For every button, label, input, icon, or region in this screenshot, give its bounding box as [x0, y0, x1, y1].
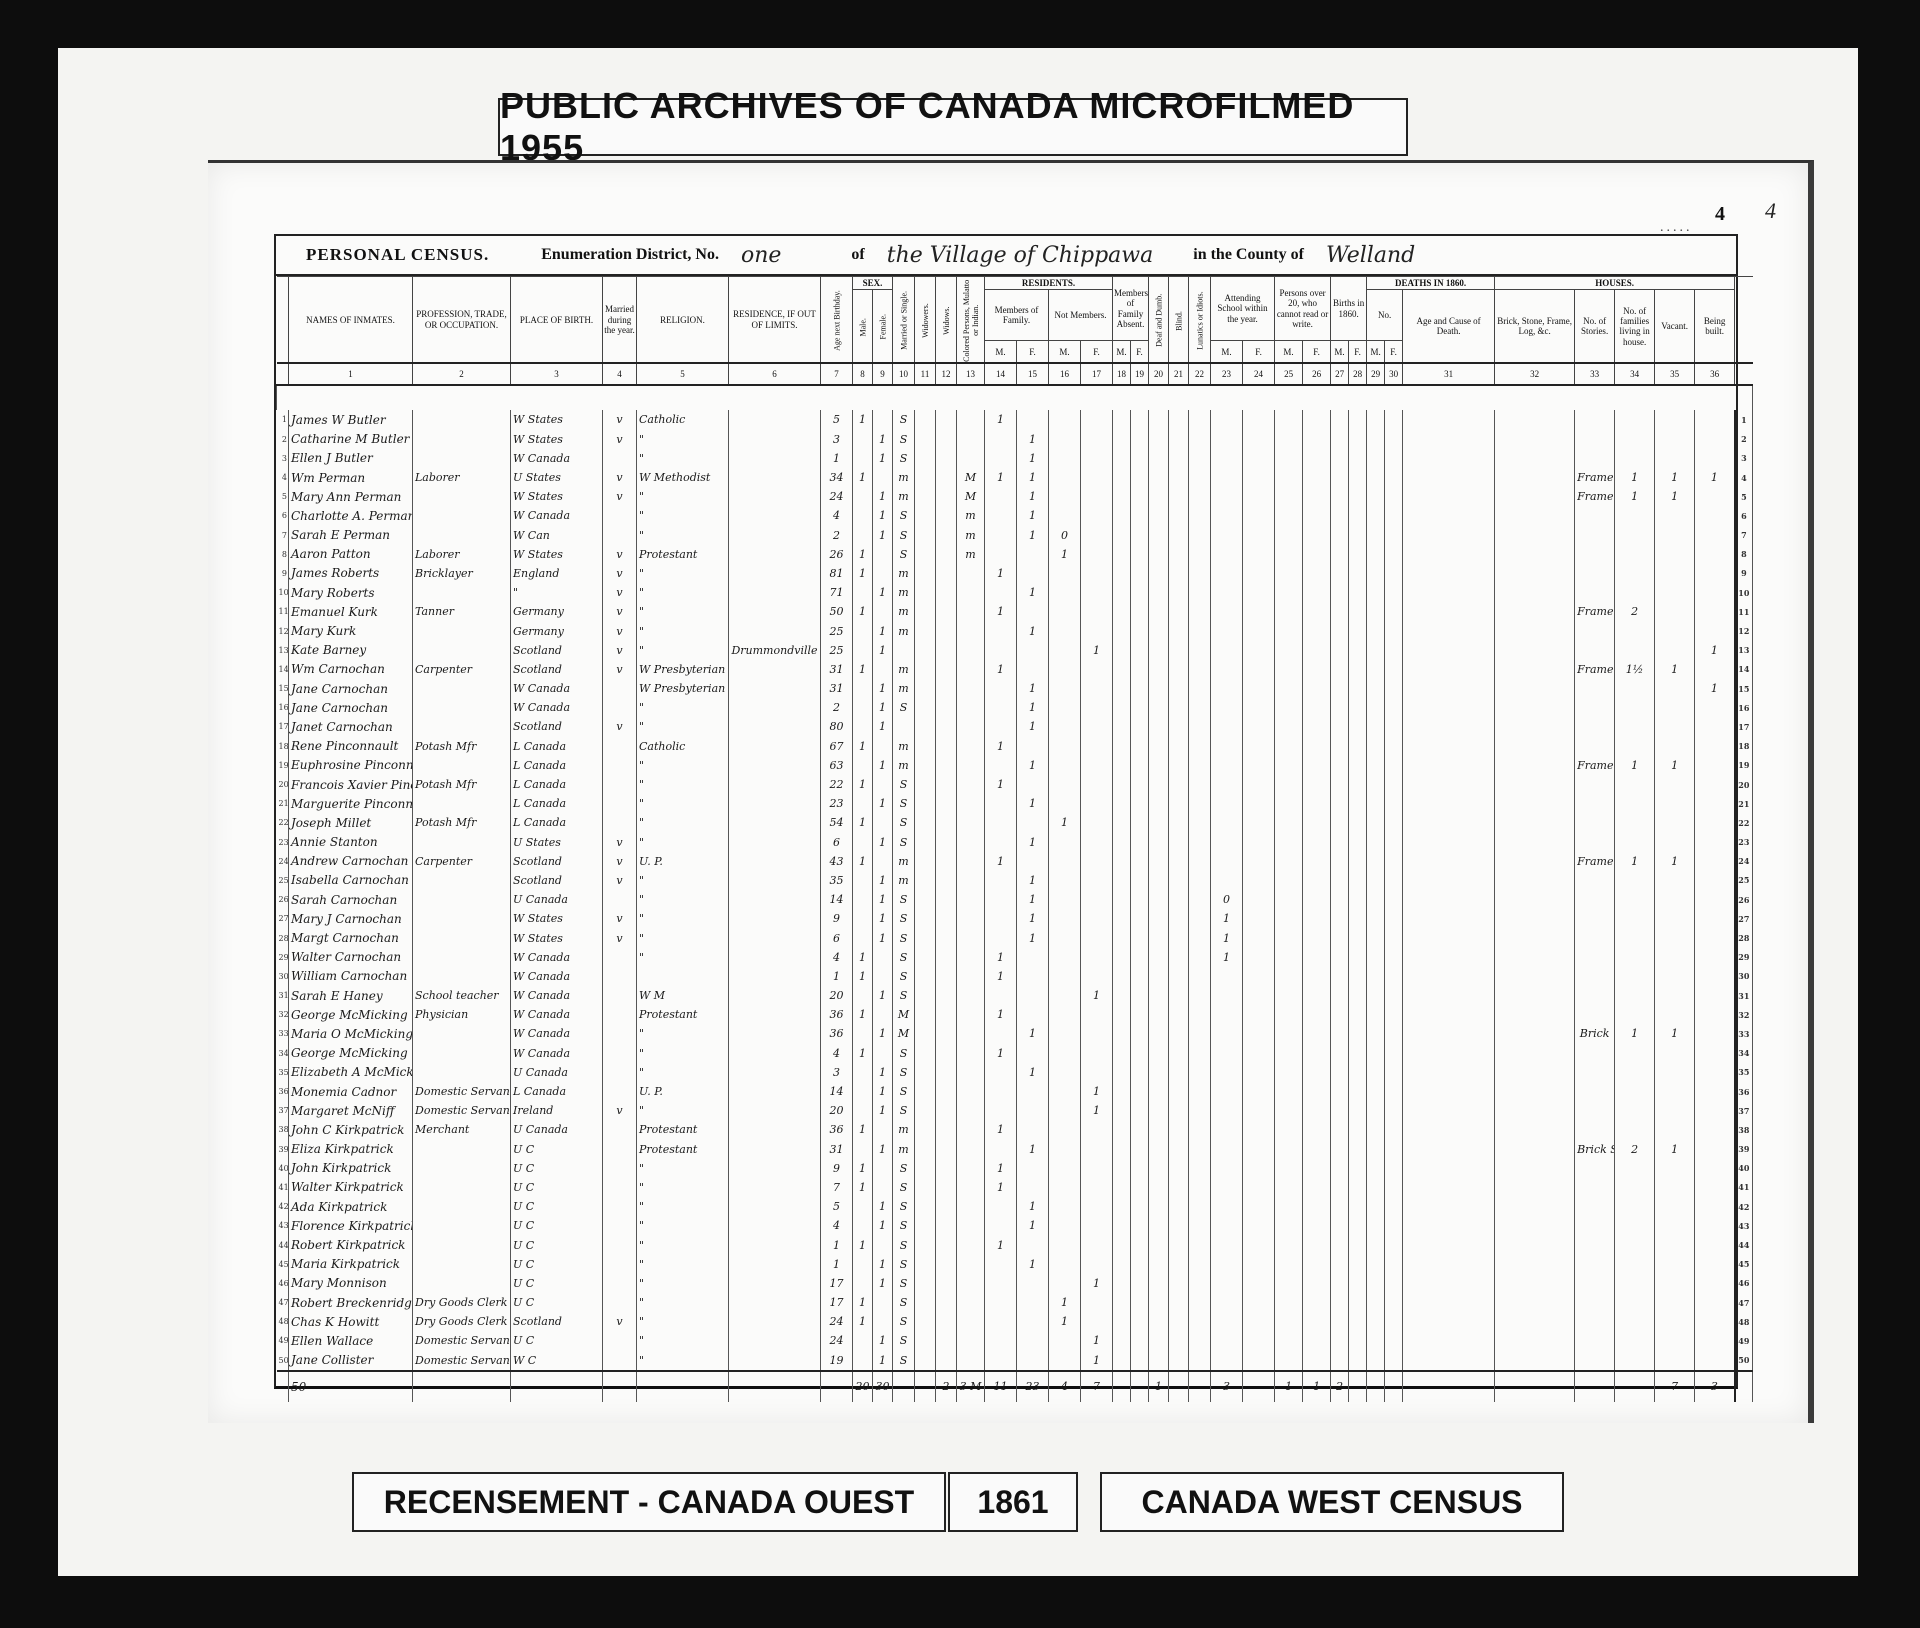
cell-illiterate-m	[1275, 1197, 1303, 1216]
cell-not-member-m	[1049, 756, 1081, 775]
cell-lunatic	[1189, 1293, 1211, 1312]
cell-widower	[915, 1159, 936, 1178]
cell-deaths-m	[1367, 449, 1385, 468]
cell-deaf-dumb	[1149, 583, 1169, 602]
row-number-right: 22	[1735, 813, 1753, 832]
column-number: 16	[1049, 363, 1081, 385]
cell-married-year: v	[603, 564, 637, 583]
census-rows: 1James W ButlerW StatesvCatholic51S112Ca…	[277, 385, 1753, 1401]
cell-female	[873, 813, 893, 832]
cell-res-member-f	[1017, 1178, 1049, 1197]
cell-house-material	[1495, 1351, 1575, 1371]
cell-female: 1	[873, 756, 893, 775]
cell-res-member-m: 1	[985, 852, 1017, 871]
row-number: 32	[277, 1005, 289, 1024]
cell-not-member-m	[1049, 948, 1081, 967]
cell-residence	[729, 1005, 821, 1024]
cell-death-cause	[1403, 1197, 1495, 1216]
cell-death-cause	[1403, 1178, 1495, 1197]
cell-house-vacant: 1	[1655, 1139, 1695, 1158]
cell-school-m	[1211, 487, 1243, 506]
cell-deaths-m	[1367, 1101, 1385, 1120]
cell-absent-f	[1131, 794, 1149, 813]
cell-absent-f	[1131, 890, 1149, 909]
header-row-1: NAMES OF INMATES. PROFESSION, TRADE, OR …	[277, 277, 1753, 290]
cell-absent-m	[1113, 717, 1131, 736]
cell-widow	[936, 1274, 957, 1293]
cell-res-member-f: 1	[1017, 1024, 1049, 1043]
cell-married-year	[603, 1063, 637, 1082]
cell-res-member-m	[985, 832, 1017, 851]
cell-age: 25	[821, 621, 853, 640]
cell-house-stories	[1575, 1274, 1615, 1293]
cell-school-m: 1	[1211, 948, 1243, 967]
cell-illiterate-f	[1303, 832, 1331, 851]
cell-widow	[936, 928, 957, 947]
table-row: 17Janet CarnochanScotlandv"801117	[277, 717, 1753, 736]
cell-residence	[729, 813, 821, 832]
cell-res-member-f: 1	[1017, 1139, 1049, 1158]
cell-births-m	[1331, 1331, 1349, 1350]
cell-deaf-dumb	[1149, 1197, 1169, 1216]
cell-absent-m	[1113, 449, 1131, 468]
cell-illiterate-m	[1275, 871, 1303, 890]
cell-colored	[957, 794, 985, 813]
cell-colored	[957, 1197, 985, 1216]
cell-res-member-m: 1	[985, 737, 1017, 756]
cell-birthplace: W C	[511, 1351, 603, 1371]
row-number: 36	[277, 1082, 289, 1101]
cell-house-vacant	[1655, 1235, 1695, 1254]
cell-absent-m	[1113, 410, 1131, 429]
cell-absent-m	[1113, 545, 1131, 564]
cell-house-building	[1695, 775, 1735, 794]
cell-death-cause	[1403, 1235, 1495, 1254]
cell-births-m	[1331, 871, 1349, 890]
cell-death-cause	[1403, 1293, 1495, 1312]
cell-widow	[936, 1159, 957, 1178]
cell-occupation: Tanner	[413, 602, 511, 621]
cell-death-cause	[1403, 1063, 1495, 1082]
cell-res-member-m: 1	[985, 468, 1017, 487]
cell-male	[853, 1024, 873, 1043]
cell-house-material	[1495, 1120, 1575, 1139]
cell-school-f	[1243, 909, 1275, 928]
cell-house-material	[1495, 813, 1575, 832]
cell-name: Marguerite Pinconnault	[289, 794, 413, 813]
cell-absent-m	[1113, 967, 1131, 986]
column-number: 14	[985, 363, 1017, 385]
cell-house-families	[1615, 449, 1655, 468]
cell-name: Chas K Howitt	[289, 1312, 413, 1331]
cell-colored: m	[957, 525, 985, 544]
cell-birthplace: U C	[511, 1159, 603, 1178]
cell-religion: Protestant	[637, 1120, 729, 1139]
cell-births-m	[1331, 717, 1349, 736]
header-deaf-dumb: Deaf and Dumb.	[1149, 277, 1169, 364]
cell-deaf-dumb	[1149, 506, 1169, 525]
cell-religion: "	[637, 430, 729, 449]
cell-house-families	[1615, 1331, 1655, 1350]
cell-colored	[957, 1351, 985, 1371]
cell-male: 1	[853, 564, 873, 583]
cell-house-material	[1495, 1063, 1575, 1082]
cell-death-cause	[1403, 813, 1495, 832]
cell-male	[853, 1255, 873, 1274]
cell-illiterate-m	[1275, 1351, 1303, 1371]
cell-residence	[729, 1024, 821, 1043]
column-number: 28	[1349, 363, 1367, 385]
cell-school-m	[1211, 1197, 1243, 1216]
cell-birthplace: U C	[511, 1178, 603, 1197]
cell-age: 24	[821, 487, 853, 506]
cell-school-f	[1243, 641, 1275, 660]
cell-births-m	[1331, 967, 1349, 986]
cell-school-f	[1243, 410, 1275, 429]
cell-house-material	[1495, 1197, 1575, 1216]
cell-births-m	[1331, 621, 1349, 640]
cell-house-material	[1495, 1005, 1575, 1024]
cell-births-m	[1331, 430, 1349, 449]
cell-absent-f	[1131, 1024, 1149, 1043]
cell-house-stories	[1575, 1101, 1615, 1120]
cell-births-f	[1349, 1082, 1367, 1101]
cell-male	[853, 1216, 873, 1235]
cell-not-member-f	[1081, 794, 1113, 813]
cell-illiterate-f	[1303, 794, 1331, 813]
cell-occupation	[413, 756, 511, 775]
cell-house-stories	[1575, 986, 1615, 1005]
cell-house-building	[1695, 1293, 1735, 1312]
cell-absent-f	[1131, 1274, 1149, 1293]
cell-house-families	[1615, 1082, 1655, 1101]
header-birthplace: PLACE OF BIRTH.	[511, 277, 603, 364]
row-number-right: 4	[1735, 468, 1753, 487]
cell-res-member-m	[985, 430, 1017, 449]
cell-house-material	[1495, 1255, 1575, 1274]
cell-house-building	[1695, 1178, 1735, 1197]
cell-house-material	[1495, 1139, 1575, 1158]
cell-absent-f	[1131, 1101, 1149, 1120]
cell-widower	[915, 1331, 936, 1350]
cell-death-cause	[1403, 449, 1495, 468]
row-number-right: 32	[1735, 1005, 1753, 1024]
column-number: 1	[289, 363, 413, 385]
row-number-right: 17	[1735, 717, 1753, 736]
cell-school-f	[1243, 1351, 1275, 1371]
cell-blind	[1169, 449, 1189, 468]
cell-deaf-dumb	[1149, 832, 1169, 851]
cell-house-vacant	[1655, 621, 1695, 640]
cell-age: 67	[821, 737, 853, 756]
row-number-right: 35	[1735, 1063, 1753, 1082]
cell-blind	[1169, 948, 1189, 967]
table-row: 46Mary MonnisonU C"171S146	[277, 1274, 1753, 1293]
table-row: 47Robert BreckenridgeDry Goods ClerkU C"…	[277, 1293, 1753, 1312]
cell-residence	[729, 909, 821, 928]
cell-male: 1	[853, 737, 873, 756]
cell-lunatic	[1189, 1197, 1211, 1216]
cell-absent-f	[1131, 986, 1149, 1005]
cell-res-member-m	[985, 1139, 1017, 1158]
form-title: PERSONAL CENSUS.	[306, 245, 489, 265]
cell-illiterate-m	[1275, 1063, 1303, 1082]
cell-res-member-m	[985, 1255, 1017, 1274]
cell-school-f	[1243, 928, 1275, 947]
cell-deaf-dumb	[1149, 775, 1169, 794]
cell-absent-f	[1131, 1216, 1149, 1235]
cell-female	[873, 468, 893, 487]
cell-illiterate-f	[1303, 1255, 1331, 1274]
cell-marital-status: S	[893, 928, 915, 947]
cell-res-member-f: 1	[1017, 717, 1049, 736]
cell-widow	[936, 1312, 957, 1331]
cell-school-f	[1243, 1216, 1275, 1235]
cell-widow	[936, 430, 957, 449]
cell-colored	[957, 871, 985, 890]
row-number-right: 39	[1735, 1139, 1753, 1158]
cell-house-stories	[1575, 506, 1615, 525]
cell-married-year: v	[603, 928, 637, 947]
cell-births-m	[1331, 660, 1349, 679]
row-number-right: 8	[1735, 545, 1753, 564]
cell-school-m	[1211, 986, 1243, 1005]
cell-school-f	[1243, 1178, 1275, 1197]
cell-not-member-m	[1049, 698, 1081, 717]
cell-res-member-m	[985, 1216, 1017, 1235]
cell-school-m	[1211, 410, 1243, 429]
cell-name: Eliza Kirkpatrick	[289, 1139, 413, 1158]
cell-religion: "	[637, 832, 729, 851]
cell-blind	[1169, 698, 1189, 717]
cell-colored	[957, 775, 985, 794]
cell-widow	[936, 1024, 957, 1043]
cell-age: 36	[821, 1005, 853, 1024]
cell-residence	[729, 1120, 821, 1139]
cell-deaf-dumb	[1149, 986, 1169, 1005]
cell-house-families: 1	[1615, 756, 1655, 775]
cell-occupation	[413, 621, 511, 640]
cell-widower	[915, 660, 936, 679]
cell-age: 9	[821, 1159, 853, 1178]
cell-house-stories	[1575, 1255, 1615, 1274]
cell-male	[853, 583, 873, 602]
column-number: 22	[1189, 363, 1211, 385]
cell-house-material	[1495, 1024, 1575, 1043]
cell-occupation: Carpenter	[413, 852, 511, 871]
cell-married-year	[603, 1331, 637, 1350]
total-illiterate-m: 1	[1275, 1371, 1303, 1402]
row-number-right: 31	[1735, 986, 1753, 1005]
cell-widow	[936, 506, 957, 525]
cell-house-families	[1615, 1044, 1655, 1063]
cell-widow	[936, 1331, 957, 1350]
cell-male	[853, 1351, 873, 1371]
header-deaths-no: No.	[1367, 290, 1403, 341]
cell-absent-m	[1113, 1255, 1131, 1274]
cell-widower	[915, 775, 936, 794]
cell-age: 4	[821, 948, 853, 967]
cell-school-m	[1211, 967, 1243, 986]
cell-school-m	[1211, 871, 1243, 890]
header-houses: HOUSES.	[1495, 277, 1735, 290]
row-number-right: 5	[1735, 487, 1753, 506]
cell-illiterate-f	[1303, 775, 1331, 794]
header-female: Female.	[873, 290, 893, 364]
cell-not-member-f	[1081, 717, 1113, 736]
column-number: 10	[893, 363, 915, 385]
cell-age: 14	[821, 1082, 853, 1101]
cell-deaf-dumb	[1149, 1255, 1169, 1274]
cell-married-year: v	[603, 1312, 637, 1331]
cell-residence	[729, 794, 821, 813]
cell-colored: M	[957, 487, 985, 506]
cell-house-stories	[1575, 1293, 1615, 1312]
cell-not-member-m	[1049, 967, 1081, 986]
cell-res-member-f	[1017, 986, 1049, 1005]
cell-colored	[957, 813, 985, 832]
cell-school-f	[1243, 506, 1275, 525]
cell-marital-status: S	[893, 1082, 915, 1101]
cell-not-member-f: 1	[1081, 1082, 1113, 1101]
header-names: NAMES OF INMATES.	[289, 277, 413, 364]
cell-residence	[729, 1351, 821, 1371]
row-number: 18	[277, 737, 289, 756]
cell-school-f	[1243, 660, 1275, 679]
cell-age: 71	[821, 583, 853, 602]
cell-deaths-f	[1385, 717, 1403, 736]
cell-house-material	[1495, 928, 1575, 947]
cell-death-cause	[1403, 737, 1495, 756]
column-number: 9	[873, 363, 893, 385]
cell-religion: "	[637, 813, 729, 832]
cell-male	[853, 928, 873, 947]
row-number-right: 43	[1735, 1216, 1753, 1235]
cell-school-f	[1243, 1101, 1275, 1120]
cell-not-member-f	[1081, 1024, 1113, 1043]
cell-absent-f	[1131, 1293, 1149, 1312]
cell-marital-status: m	[893, 487, 915, 506]
cell-male	[853, 1101, 873, 1120]
cell-deaf-dumb	[1149, 468, 1169, 487]
cell-female	[873, 410, 893, 429]
cell-house-stories	[1575, 525, 1615, 544]
cell-res-member-f	[1017, 602, 1049, 621]
cell-house-vacant	[1655, 564, 1695, 583]
header-material: Brick, Stone, Frame, Log, &c.	[1495, 290, 1575, 364]
cell-marital-status: S	[893, 948, 915, 967]
cell-residence	[729, 1293, 821, 1312]
cell-illiterate-m	[1275, 909, 1303, 928]
of-label: of	[851, 246, 864, 264]
cell-illiterate-m	[1275, 679, 1303, 698]
cell-colored	[957, 737, 985, 756]
cell-marital-status: S	[893, 890, 915, 909]
total-widows: 2	[936, 1371, 957, 1402]
cell-deaths-m	[1367, 1216, 1385, 1235]
table-row: 40John KirkpatrickU C"91S140	[277, 1159, 1753, 1178]
cell-widower	[915, 1063, 936, 1082]
cell-school-m	[1211, 1274, 1243, 1293]
cell-residence	[729, 1255, 821, 1274]
cell-illiterate-f	[1303, 449, 1331, 468]
column-number: 24	[1243, 363, 1275, 385]
cell-marital-status: S	[893, 506, 915, 525]
cell-absent-m	[1113, 602, 1131, 621]
cell-male: 1	[853, 602, 873, 621]
cell-house-building	[1695, 506, 1735, 525]
cell-res-member-f	[1017, 1274, 1049, 1293]
cell-deaf-dumb	[1149, 794, 1169, 813]
row-number: 9	[277, 564, 289, 583]
cell-married-year	[603, 1159, 637, 1178]
cell-house-building	[1695, 1005, 1735, 1024]
row-number-right: 16	[1735, 698, 1753, 717]
page-handwritten-number: 4	[1765, 198, 1776, 224]
cell-marital-status: S	[893, 794, 915, 813]
cell-age: 14	[821, 890, 853, 909]
cell-religion: "	[637, 564, 729, 583]
cell-house-material	[1495, 775, 1575, 794]
cell-female: 1	[873, 909, 893, 928]
cell-widow	[936, 1255, 957, 1274]
cell-marital-status: S	[893, 1255, 915, 1274]
total-illiterate-f: 1	[1303, 1371, 1331, 1402]
cell-deaf-dumb	[1149, 737, 1169, 756]
cell-marital-status: S	[893, 1197, 915, 1216]
cell-house-families	[1615, 679, 1655, 698]
table-row: 49Ellen WallaceDomestic ServantU C"241S1…	[277, 1331, 1753, 1350]
cell-illiterate-m	[1275, 813, 1303, 832]
cell-age: 31	[821, 679, 853, 698]
cell-deaths-m	[1367, 813, 1385, 832]
cell-age: 2	[821, 698, 853, 717]
cell-religion: "	[637, 1063, 729, 1082]
cell-births-f	[1349, 1274, 1367, 1293]
cell-illiterate-m	[1275, 717, 1303, 736]
cell-school-f	[1243, 813, 1275, 832]
cell-widower	[915, 928, 936, 947]
cell-absent-f	[1131, 737, 1149, 756]
cell-widow	[936, 813, 957, 832]
cell-house-building	[1695, 909, 1735, 928]
cell-widower	[915, 1351, 936, 1371]
cell-deaths-m	[1367, 986, 1385, 1005]
cell-widower	[915, 468, 936, 487]
column-number: 3	[511, 363, 603, 385]
cell-colored	[957, 1024, 985, 1043]
cell-widower	[915, 909, 936, 928]
cell-age: 4	[821, 506, 853, 525]
cell-absent-f	[1131, 564, 1149, 583]
cell-name: Kate Barney	[289, 641, 413, 660]
cell-widow	[936, 986, 957, 1005]
cell-absent-f	[1131, 679, 1149, 698]
cell-absent-m	[1113, 737, 1131, 756]
cell-not-member-m	[1049, 1235, 1081, 1254]
cell-name: Margaret McNiff	[289, 1101, 413, 1120]
cell-res-member-m	[985, 871, 1017, 890]
cell-deaths-m	[1367, 660, 1385, 679]
cell-married-year	[603, 967, 637, 986]
cell-house-vacant	[1655, 545, 1695, 564]
cell-married-year	[603, 813, 637, 832]
header-profession: PROFESSION, TRADE, OR OCCUPATION.	[413, 277, 511, 364]
cell-absent-m	[1113, 641, 1131, 660]
cell-widower	[915, 1235, 936, 1254]
cell-absent-m	[1113, 852, 1131, 871]
cell-occupation	[413, 948, 511, 967]
